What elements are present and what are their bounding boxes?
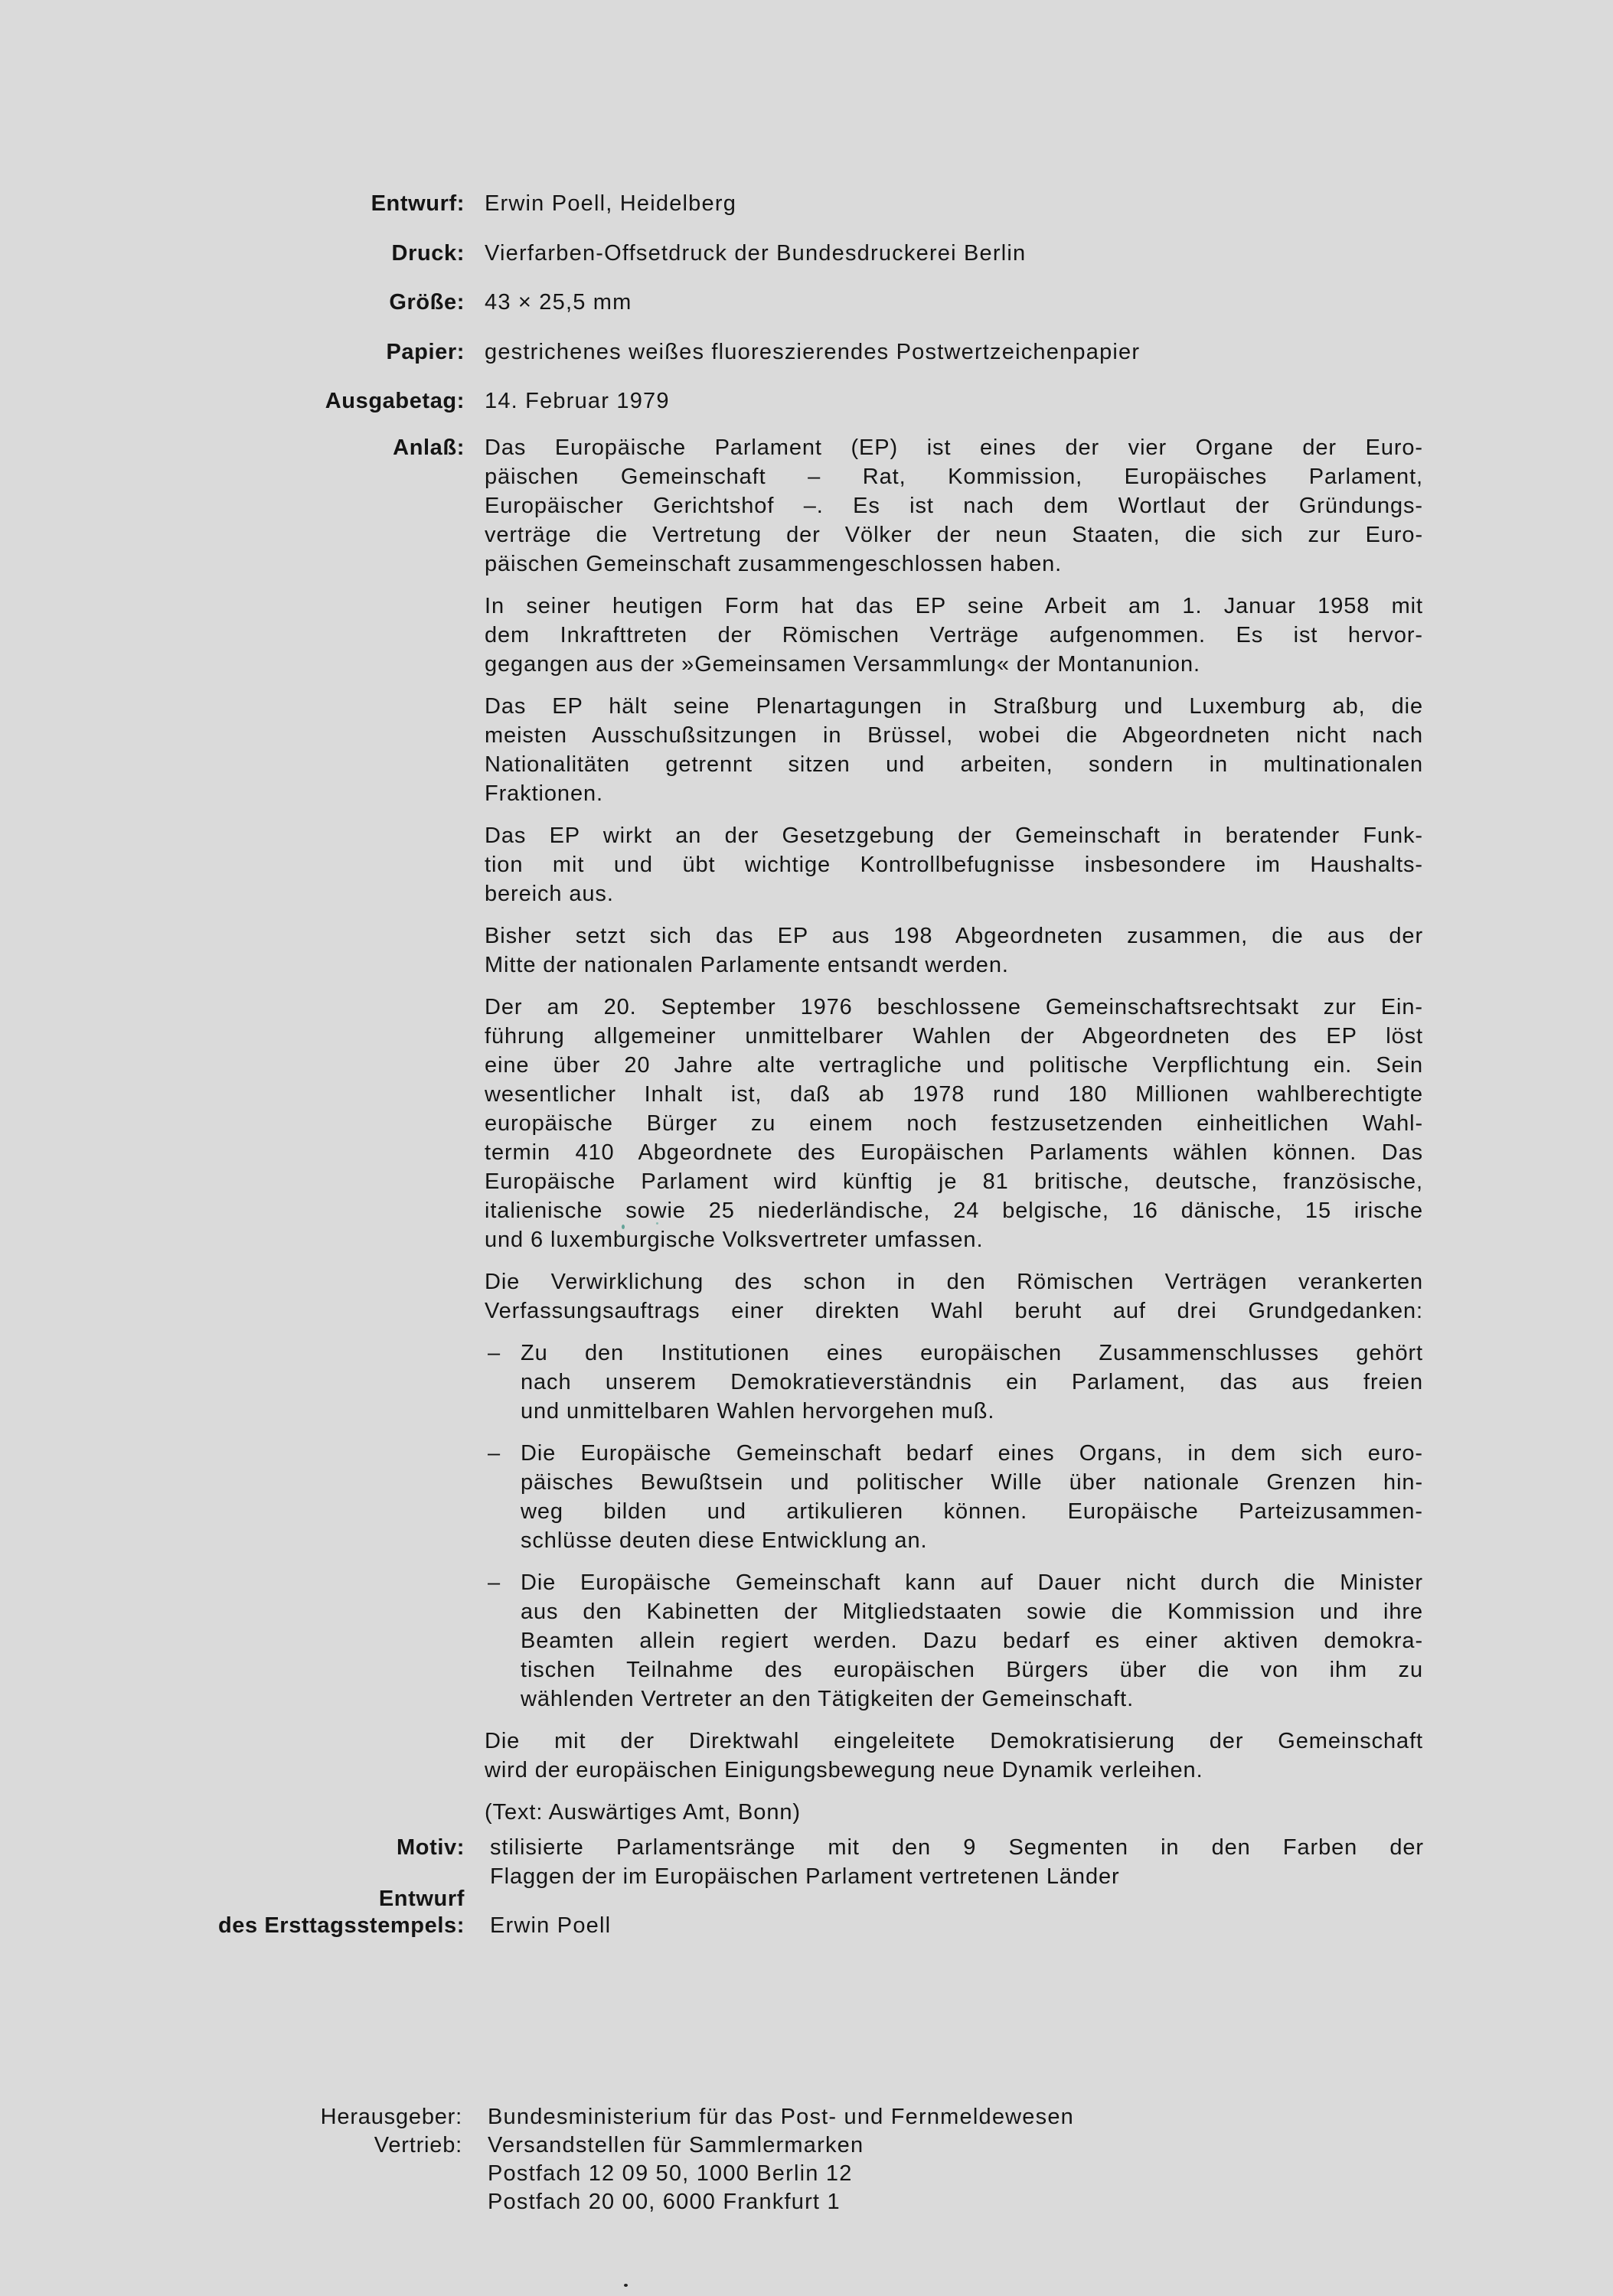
- field-label: Herausgeber:: [321, 2102, 462, 2131]
- field-value: gestrichenes weißes fluoreszierendes Pos…: [485, 338, 1422, 367]
- text-line: und 6 luxemburgische Volksvertreter umfa…: [485, 1225, 1423, 1254]
- paragraph: Das EP wirkt an der Gesetzgebung der Gem…: [485, 821, 1423, 908]
- text-line: Europäische Parlament wird künftig je 81…: [485, 1167, 1423, 1196]
- dash-bullet-icon: –: [488, 1568, 500, 1597]
- paragraph: Das EP hält seine Plenartagungen in Stra…: [485, 692, 1423, 808]
- text-line: Mitte der nationalen Parlamente entsandt…: [485, 951, 1423, 980]
- text-line: Der am 20. September 1976 beschlossene G…: [485, 993, 1423, 1022]
- field-label: Größe:: [389, 288, 465, 317]
- text-line: Fraktionen.: [485, 779, 1423, 808]
- field-label: Entwurf:: [371, 189, 465, 218]
- text-line: Das EP hält seine Plenartagungen in Stra…: [485, 692, 1423, 721]
- list-item: – Die Europäische Gemeinschaft bedarf ei…: [485, 1439, 1423, 1555]
- text-line: Bisher setzt sich das EP aus 198 Abgeord…: [485, 921, 1423, 951]
- text-line: europäische Bürger zu einem noch festzus…: [485, 1109, 1423, 1138]
- text-line: Die Europäische Gemeinschaft bedarf eine…: [521, 1439, 1423, 1468]
- scan-speck-icon: [619, 1234, 621, 1236]
- dash-bullet-icon: –: [488, 1339, 500, 1368]
- field-label: Motiv:: [397, 1833, 465, 1862]
- text-line: päischen Gemeinschaft zusammengeschlosse…: [485, 550, 1423, 579]
- text-line: tischen Teilnahme des europäischen Bürge…: [521, 1655, 1423, 1684]
- text-line: (Text: Auswärtiges Amt, Bonn): [485, 1798, 1423, 1827]
- field-value: 43 × 25,5 mm: [485, 288, 1422, 317]
- field-value: Vierfarben-Offsetdruck der Bundesdrucker…: [485, 239, 1422, 268]
- text-line: Die Verwirklichung des schon in den Römi…: [485, 1267, 1423, 1296]
- scan-speck-icon: [656, 1222, 658, 1225]
- anlass-body: Das Europäische Parlament (EP) ist eines…: [485, 433, 1423, 1840]
- text-line: eine über 20 Jahre alte vertragliche und…: [485, 1051, 1423, 1080]
- text-line: Flaggen der im Europäischen Parlament ve…: [490, 1862, 1424, 1891]
- closing-paragraph: Die mit der Direktwahl eingeleitete Demo…: [485, 1727, 1423, 1785]
- text-line: tion mit und übt wichtige Kontrollbefugn…: [485, 850, 1423, 879]
- paragraph: Bisher setzt sich das EP aus 198 Abgeord…: [485, 921, 1423, 980]
- field-label-line1: Entwurf: [379, 1886, 465, 1913]
- paragraph: Die Verwirklichung des schon in den Römi…: [485, 1267, 1423, 1326]
- text-line: Das EP wirkt an der Gesetzgebung der Gem…: [485, 821, 1423, 850]
- text-line: In seiner heutigen Form hat das EP seine…: [485, 592, 1423, 621]
- dot-mark-icon: [624, 2284, 628, 2287]
- text-line: wählenden Vertreter an den Tätigkeiten d…: [521, 1684, 1423, 1714]
- text-line: verträge die Vertretung der Völker der n…: [485, 520, 1423, 550]
- text-line: Europäischer Gerichtshof –. Es ist nach …: [485, 491, 1423, 520]
- text-line: päischen Gemeinschaft – Rat, Kommission,…: [485, 462, 1423, 491]
- field-label: Druck:: [392, 239, 465, 268]
- paragraph: In seiner heutigen Form hat das EP seine…: [485, 592, 1423, 679]
- text-line: und unmittelbaren Wahlen hervorgehen muß…: [521, 1397, 1423, 1426]
- field-label: Vertrieb:: [374, 2131, 462, 2160]
- source-note: (Text: Auswärtiges Amt, Bonn): [485, 1798, 1423, 1827]
- text-line: italienische sowie 25 niederländische, 2…: [485, 1196, 1423, 1225]
- dash-bullet-icon: –: [488, 1439, 500, 1468]
- text-line: Die Europäische Gemeinschaft kann auf Da…: [521, 1568, 1423, 1597]
- field-label-line2: des Ersttagsstempels:: [218, 1913, 465, 1939]
- text-line: gegangen aus der »Gemeinsamen Versammlun…: [485, 650, 1423, 679]
- text-line: Die mit der Direktwahl eingeleitete Demo…: [485, 1727, 1423, 1756]
- text-line: wird der europäischen Einigungsbewegung …: [485, 1756, 1423, 1785]
- list-item: – Die Europäische Gemeinschaft kann auf …: [485, 1568, 1423, 1714]
- field-value: Postfach 20 00, 6000 Frankfurt 1: [488, 2187, 1425, 2216]
- text-line: termin 410 Abgeordnete des Europäischen …: [485, 1138, 1423, 1167]
- field-label: Papier:: [386, 338, 465, 367]
- paragraph: Der am 20. September 1976 beschlossene G…: [485, 993, 1423, 1254]
- text-line: Das Europäische Parlament (EP) ist eines…: [485, 433, 1423, 462]
- field-label: Anlaß:: [393, 433, 465, 462]
- field-value: Versandstellen für Sammlermarken: [488, 2131, 1425, 2160]
- text-line: weg bilden und artikulieren können. Euro…: [521, 1497, 1423, 1526]
- field-value: Postfach 12 09 50, 1000 Berlin 12: [488, 2159, 1425, 2188]
- text-line: bereich aus.: [485, 879, 1423, 908]
- paragraph: Das Europäische Parlament (EP) ist eines…: [485, 433, 1423, 579]
- text-line: Nationalitäten getrennt sitzen und arbei…: [485, 750, 1423, 779]
- field-value: 14. Februar 1979: [485, 386, 1422, 416]
- text-line: führung allgemeiner unmittelbarer Wahlen…: [485, 1022, 1423, 1051]
- text-line: aus den Kabinetten der Mitgliedstaaten s…: [521, 1597, 1423, 1626]
- stamp-info-sheet: Entwurf: Erwin Poell, Heidelberg Druck: …: [0, 0, 1613, 2296]
- field-value: stilisierte Parlamentsränge mit den 9 Se…: [490, 1833, 1424, 1891]
- text-line: Beamten allein regiert werden. Dazu beda…: [521, 1626, 1423, 1655]
- field-value: Erwin Poell, Heidelberg: [485, 189, 1422, 218]
- text-line: Verfassungsauftrags einer direkten Wahl …: [485, 1296, 1423, 1326]
- text-line: meisten Ausschußsitzungen in Brüssel, wo…: [485, 721, 1423, 750]
- scan-speck-icon: [622, 1225, 625, 1229]
- field-value: Bundesministerium für das Post- und Fern…: [488, 2102, 1425, 2131]
- text-line: päisches Bewußtsein und politischer Will…: [521, 1468, 1423, 1497]
- text-line: stilisierte Parlamentsränge mit den 9 Se…: [490, 1833, 1424, 1862]
- text-line: Zu den Institutionen eines europäischen …: [521, 1339, 1423, 1368]
- field-label: Ausgabetag:: [325, 386, 465, 416]
- text-line: schlüsse deuten diese Entwicklung an.: [521, 1526, 1423, 1555]
- text-line: nach unserem Demokratieverständnis ein P…: [521, 1368, 1423, 1397]
- field-value: Erwin Poell: [490, 1913, 1427, 1939]
- list-item: – Zu den Institutionen eines europäische…: [485, 1339, 1423, 1426]
- text-line: dem Inkrafttreten der Römischen Verträge…: [485, 621, 1423, 650]
- text-line: wesentlicher Inhalt ist, daß ab 1978 run…: [485, 1080, 1423, 1109]
